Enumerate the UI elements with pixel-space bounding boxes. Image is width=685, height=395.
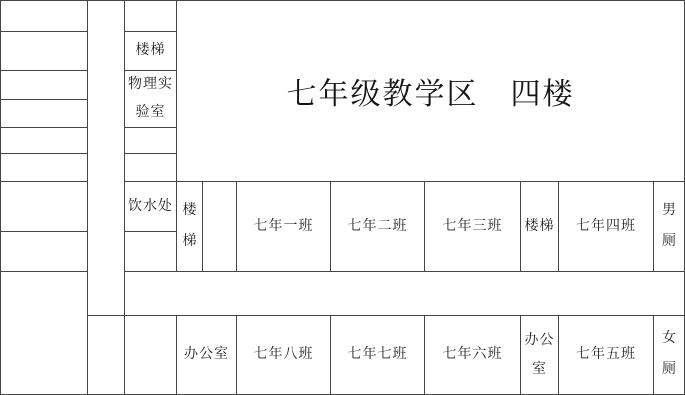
utility-room-mid-3 — [124, 231, 177, 272]
class-7-8-label: 七年八班 — [254, 341, 314, 369]
stairs-mid-left-label: 楼梯 — [182, 196, 198, 258]
class-7-1-label: 七年一班 — [254, 213, 314, 241]
left-wing-room-2 — [0, 31, 88, 71]
room-class-7-7: 七年七班 — [330, 315, 425, 395]
water-station-label: 饮水处 — [128, 193, 173, 221]
room-water-station: 饮水处 — [124, 181, 177, 232]
class-7-4-label: 七年四班 — [576, 213, 636, 241]
office-left-label: 办公室 — [184, 341, 229, 369]
room-class-7-3: 七年三班 — [424, 181, 521, 272]
room-class-7-6: 七年六班 — [424, 315, 521, 395]
office-center-label: 办公室 — [525, 326, 555, 385]
room-female-toilet: 女厕 — [653, 315, 685, 395]
room-class-7-4: 七年四班 — [558, 181, 654, 272]
left-wing-room-5 — [0, 127, 88, 154]
floor-plan: 楼梯 物理实验室 饮水处 七年级教学区 四楼 楼梯 七年一班 七年二班 七年三班… — [0, 0, 685, 395]
room-class-7-8: 七年八班 — [236, 315, 331, 395]
utility-room-mid-2 — [124, 153, 177, 182]
vertical-corridor — [87, 0, 125, 316]
room-male-toilet: 男厕 — [653, 181, 685, 272]
class-7-5-label: 七年五班 — [576, 341, 636, 369]
class-7-2-label: 七年二班 — [348, 213, 408, 241]
left-wing-room-4 — [0, 99, 88, 128]
class-7-3-label: 七年三班 — [443, 213, 503, 241]
room-class-7-1: 七年一班 — [236, 181, 331, 272]
bottom-room-left — [124, 315, 177, 395]
utility-room-top — [124, 0, 177, 32]
stairs-center-label: 楼梯 — [525, 213, 555, 241]
left-wing-room-3 — [0, 70, 88, 100]
room-stairs-upper: 楼梯 — [124, 31, 177, 71]
room-physics-lab: 物理实验室 — [124, 70, 177, 128]
male-toilet-label: 男厕 — [661, 196, 677, 258]
room-office-left: 办公室 — [176, 315, 237, 395]
left-wing-room-7 — [0, 181, 88, 232]
left-wing-room-9 — [0, 271, 88, 395]
female-toilet-label: 女厕 — [661, 324, 677, 386]
floor-title: 七年级教学区 四楼 — [287, 69, 575, 113]
class-7-6-label: 七年六班 — [443, 341, 503, 369]
title-area: 七年级教学区 四楼 — [176, 0, 685, 182]
stairs-upper-label: 楼梯 — [136, 37, 166, 65]
physics-lab-label: 物理实验室 — [127, 71, 175, 127]
left-wing-room-6 — [0, 153, 88, 182]
room-stairs-mid-left: 楼梯 — [176, 181, 203, 272]
room-class-7-2: 七年二班 — [330, 181, 425, 272]
room-office-center: 办公室 — [520, 315, 559, 395]
room-stairs-center: 楼梯 — [520, 181, 559, 272]
class-7-7-label: 七年七班 — [348, 341, 408, 369]
horizontal-corridor — [124, 271, 685, 316]
room-class-7-5: 七年五班 — [558, 315, 654, 395]
left-wing-room-1 — [0, 0, 88, 32]
utility-room-mid-1 — [124, 127, 177, 154]
empty-cell-mid-row — [202, 181, 237, 272]
left-wing-room-8 — [0, 231, 88, 272]
corridor-bottom-cell — [87, 315, 125, 395]
